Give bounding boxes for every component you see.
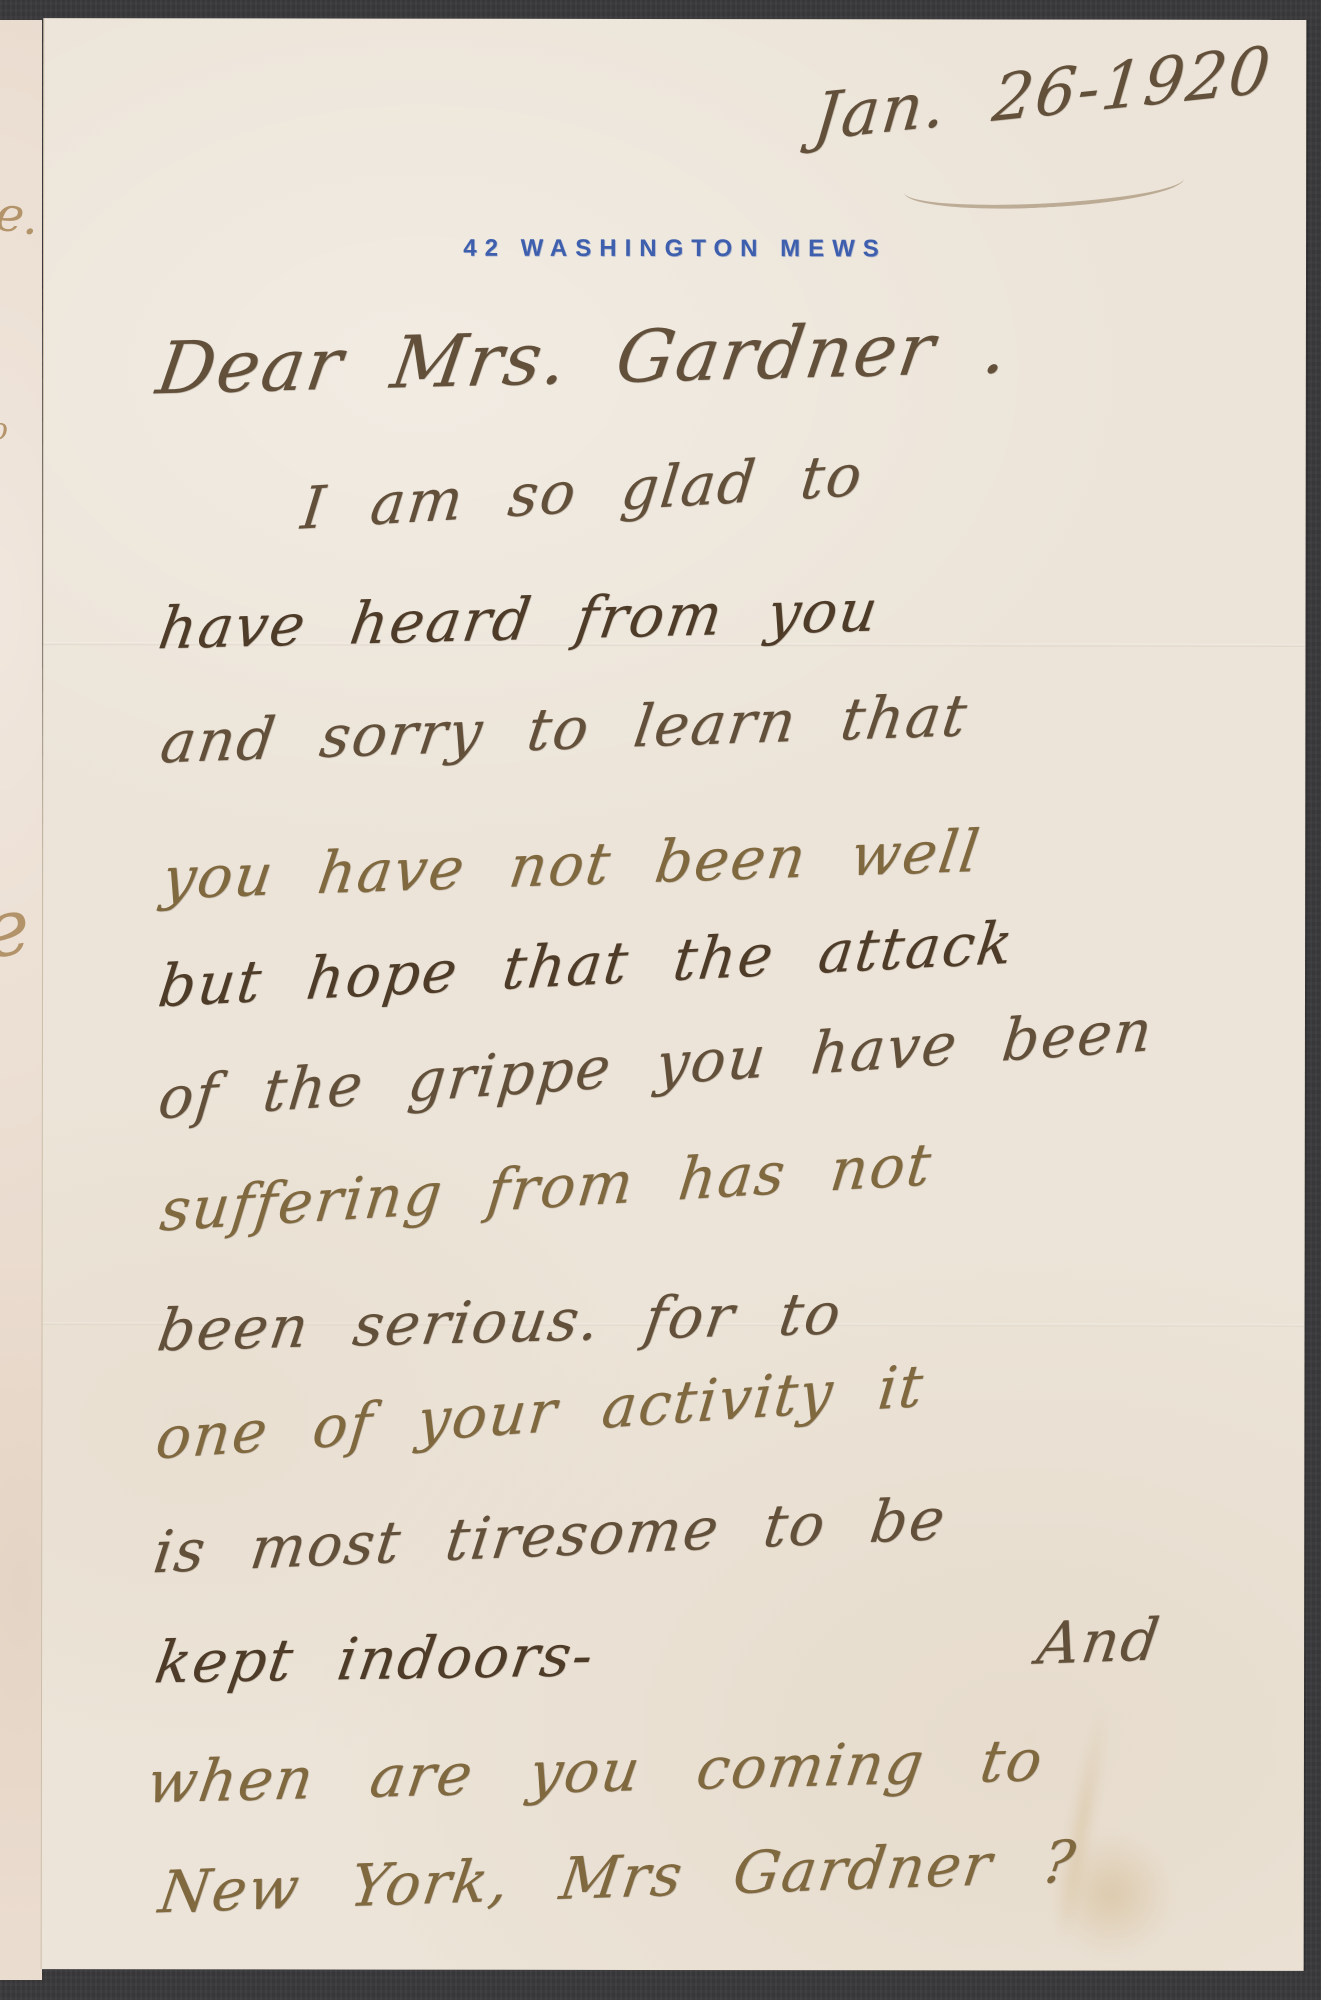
- date-underline-flourish: [903, 162, 1185, 214]
- body-line: I am so glad to: [298, 441, 867, 543]
- edge-ink-fragment: e: [0, 881, 37, 978]
- body-line: one of your activity it: [153, 1351, 928, 1472]
- scan-background: { "scan": { "background_color": "#39383a…: [0, 0, 1321, 2000]
- salutation: Dear Mrs. Gardner .: [152, 305, 1016, 410]
- body-line: and sorry to learn that: [156, 681, 972, 776]
- letter-page: Jan. 26-1920 42 WASHINGTON MEWS Dear Mrs…: [41, 18, 1307, 1971]
- body-line: been serious. for to: [153, 1279, 847, 1364]
- body-line: kept indoors-: [151, 1621, 600, 1696]
- letterhead: 42 WASHINGTON MEWS: [44, 234, 1306, 264]
- body-line: when are you coming to: [143, 1726, 1049, 1816]
- body-line: is most tiresome to be: [150, 1485, 951, 1587]
- body-line: New York, Mrs Gardner ?: [155, 1827, 1081, 1926]
- body-line: of the grippe you have been: [155, 996, 1157, 1133]
- body-line: And: [1033, 1605, 1165, 1677]
- letter-date: Jan. 26-1920: [810, 33, 1275, 156]
- body-line: you have not been well: [158, 817, 985, 913]
- adjacent-page-edge: e. o e: [0, 20, 42, 1980]
- body-line: have heard from you: [154, 576, 884, 662]
- body-line: suffering from has not: [157, 1130, 936, 1245]
- edge-ink-fragment: o: [0, 412, 8, 447]
- body-line: but hope that the attack: [155, 908, 1019, 1020]
- edge-ink-fragment: e.: [0, 185, 42, 247]
